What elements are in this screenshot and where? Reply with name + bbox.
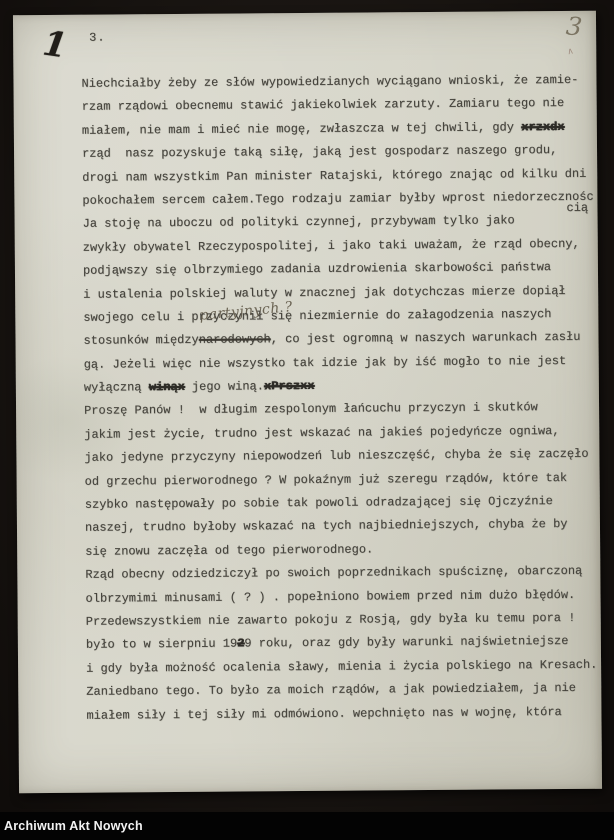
typed-text-block: Niechciałby żeby ze słów wypowiedzianych… <box>81 69 601 728</box>
struck-text: winąx <box>149 380 185 394</box>
typed-line: podjąwszy się olbrzymiego zadania uzdrow… <box>83 256 598 283</box>
typed-text: drogi nam wszystkim Pan minister Ratajsk… <box>82 166 586 184</box>
archive-watermark-label: Archiwum Akt Nowych <box>4 819 143 833</box>
typed-text: się znowu zaczęła od tego pierworodnego. <box>85 542 373 558</box>
archive-scan-view: 1 3. 3 ∧ cią partyjnych ? Niechciałby że… <box>0 0 614 840</box>
handwritten-margin-mark: 1 <box>41 26 69 63</box>
typed-text: miałem, nie mam i mieć nie mogę, zwłaszc… <box>82 120 521 137</box>
typed-text: zwykły obywatel Rzeczypospolitej, i jako… <box>83 237 580 255</box>
handwritten-tick-mark: ∧ <box>566 46 574 57</box>
typed-text: szybko następowały po sobie tak powoli o… <box>85 494 553 512</box>
typed-text: gą. Jeżeli więc nie wszystko tak idzie j… <box>84 354 567 372</box>
typed-text: jego winą. <box>185 379 264 394</box>
struck-text: xPrszxx <box>264 379 315 393</box>
typed-text: od grzechu pierworodnego ? W pokaźnym ju… <box>85 471 568 489</box>
typed-line: naszej, trudno byłoby wskazać na tych na… <box>85 513 600 540</box>
typed-line: Zaniedbano tego. To było za moich rządów… <box>86 677 601 704</box>
typed-text: swojego celu i przyczynił się niezmierni… <box>83 307 551 325</box>
typed-line: jako jedyne przyczyny niepowodzeń lub ni… <box>84 443 599 470</box>
typed-text: Zaniedbano tego. To było za moich rządów… <box>86 681 576 699</box>
typed-text: rzam rządowi obecnemu stawić jakiekolwie… <box>82 96 565 114</box>
typed-line: pokochałem sercem całem.Tego rodzaju zam… <box>82 186 597 213</box>
typed-text: rząd nasz pozyskuje taką siłę, jaką jest… <box>82 143 557 161</box>
typed-text: Niechciałby żeby ze słów wypowiedzianych… <box>81 73 578 91</box>
typed-text: , co jest ogromną w naszych warunkach za… <box>271 330 581 346</box>
typed-text: pokochałem sercem całem.Tego rodzaju zam… <box>82 190 593 208</box>
typed-page-number: 3. <box>89 31 106 45</box>
typed-text: podjąwszy się olbrzymiego zadania uzdrow… <box>83 260 551 278</box>
typed-text: 9 roku, oraz gdy były warunki najświetni… <box>244 634 568 651</box>
struck-text: narodowych <box>199 333 271 348</box>
handwritten-folio-number: 3 <box>565 12 584 41</box>
typed-text: wyłączną <box>84 380 149 395</box>
typed-text: jakim jest życie, trudno jest wskazać na… <box>84 424 559 442</box>
typed-text: Proszę Panów ! w długim zespolonym łańcu… <box>84 401 538 419</box>
typed-text: jako jedyne przyczyny niepowodzeń lub ni… <box>84 447 588 465</box>
typed-text: Rząd obecny odziedziczył po swoich poprz… <box>85 564 582 582</box>
archive-watermark-bar: Archiwum Akt Nowych <box>0 812 614 840</box>
document-page: 1 3. 3 ∧ cią partyjnych ? Niechciałby że… <box>13 11 602 794</box>
typed-text: Przedewszystkiem nie zawarto pokoju z Ro… <box>86 611 576 629</box>
struck-text: xrzxdx <box>521 120 564 134</box>
typed-text: i ustalenia polskiej waluty w znacznej j… <box>83 283 566 301</box>
typed-text: Ja stoję na uboczu od polityki czynnej, … <box>83 214 515 231</box>
typed-text: olbrzymimi minusami ( ? ) . popełniono b… <box>85 587 575 605</box>
typed-line: Rząd obecny odziedziczył po swoich poprz… <box>85 560 600 587</box>
typed-text: i gdy była możność ocalenia sławy, mieni… <box>86 657 597 675</box>
typed-line: miałem siły i tej siły mi odmówiono. wep… <box>86 700 601 727</box>
typed-text: stosunków między <box>83 333 198 348</box>
typed-text: miałem siły i tej siły mi odmówiono. wep… <box>86 705 561 723</box>
typed-line: rząd nasz pozyskuje taką siłę, jaką jest… <box>82 139 597 166</box>
typed-text: naszej, trudno byłoby wskazać na tych na… <box>85 517 568 535</box>
typed-text: było to w sierpniu 19 <box>86 637 237 652</box>
typed-line: gą. Jeżeli więc nie wszystko tak idzie j… <box>84 349 599 376</box>
